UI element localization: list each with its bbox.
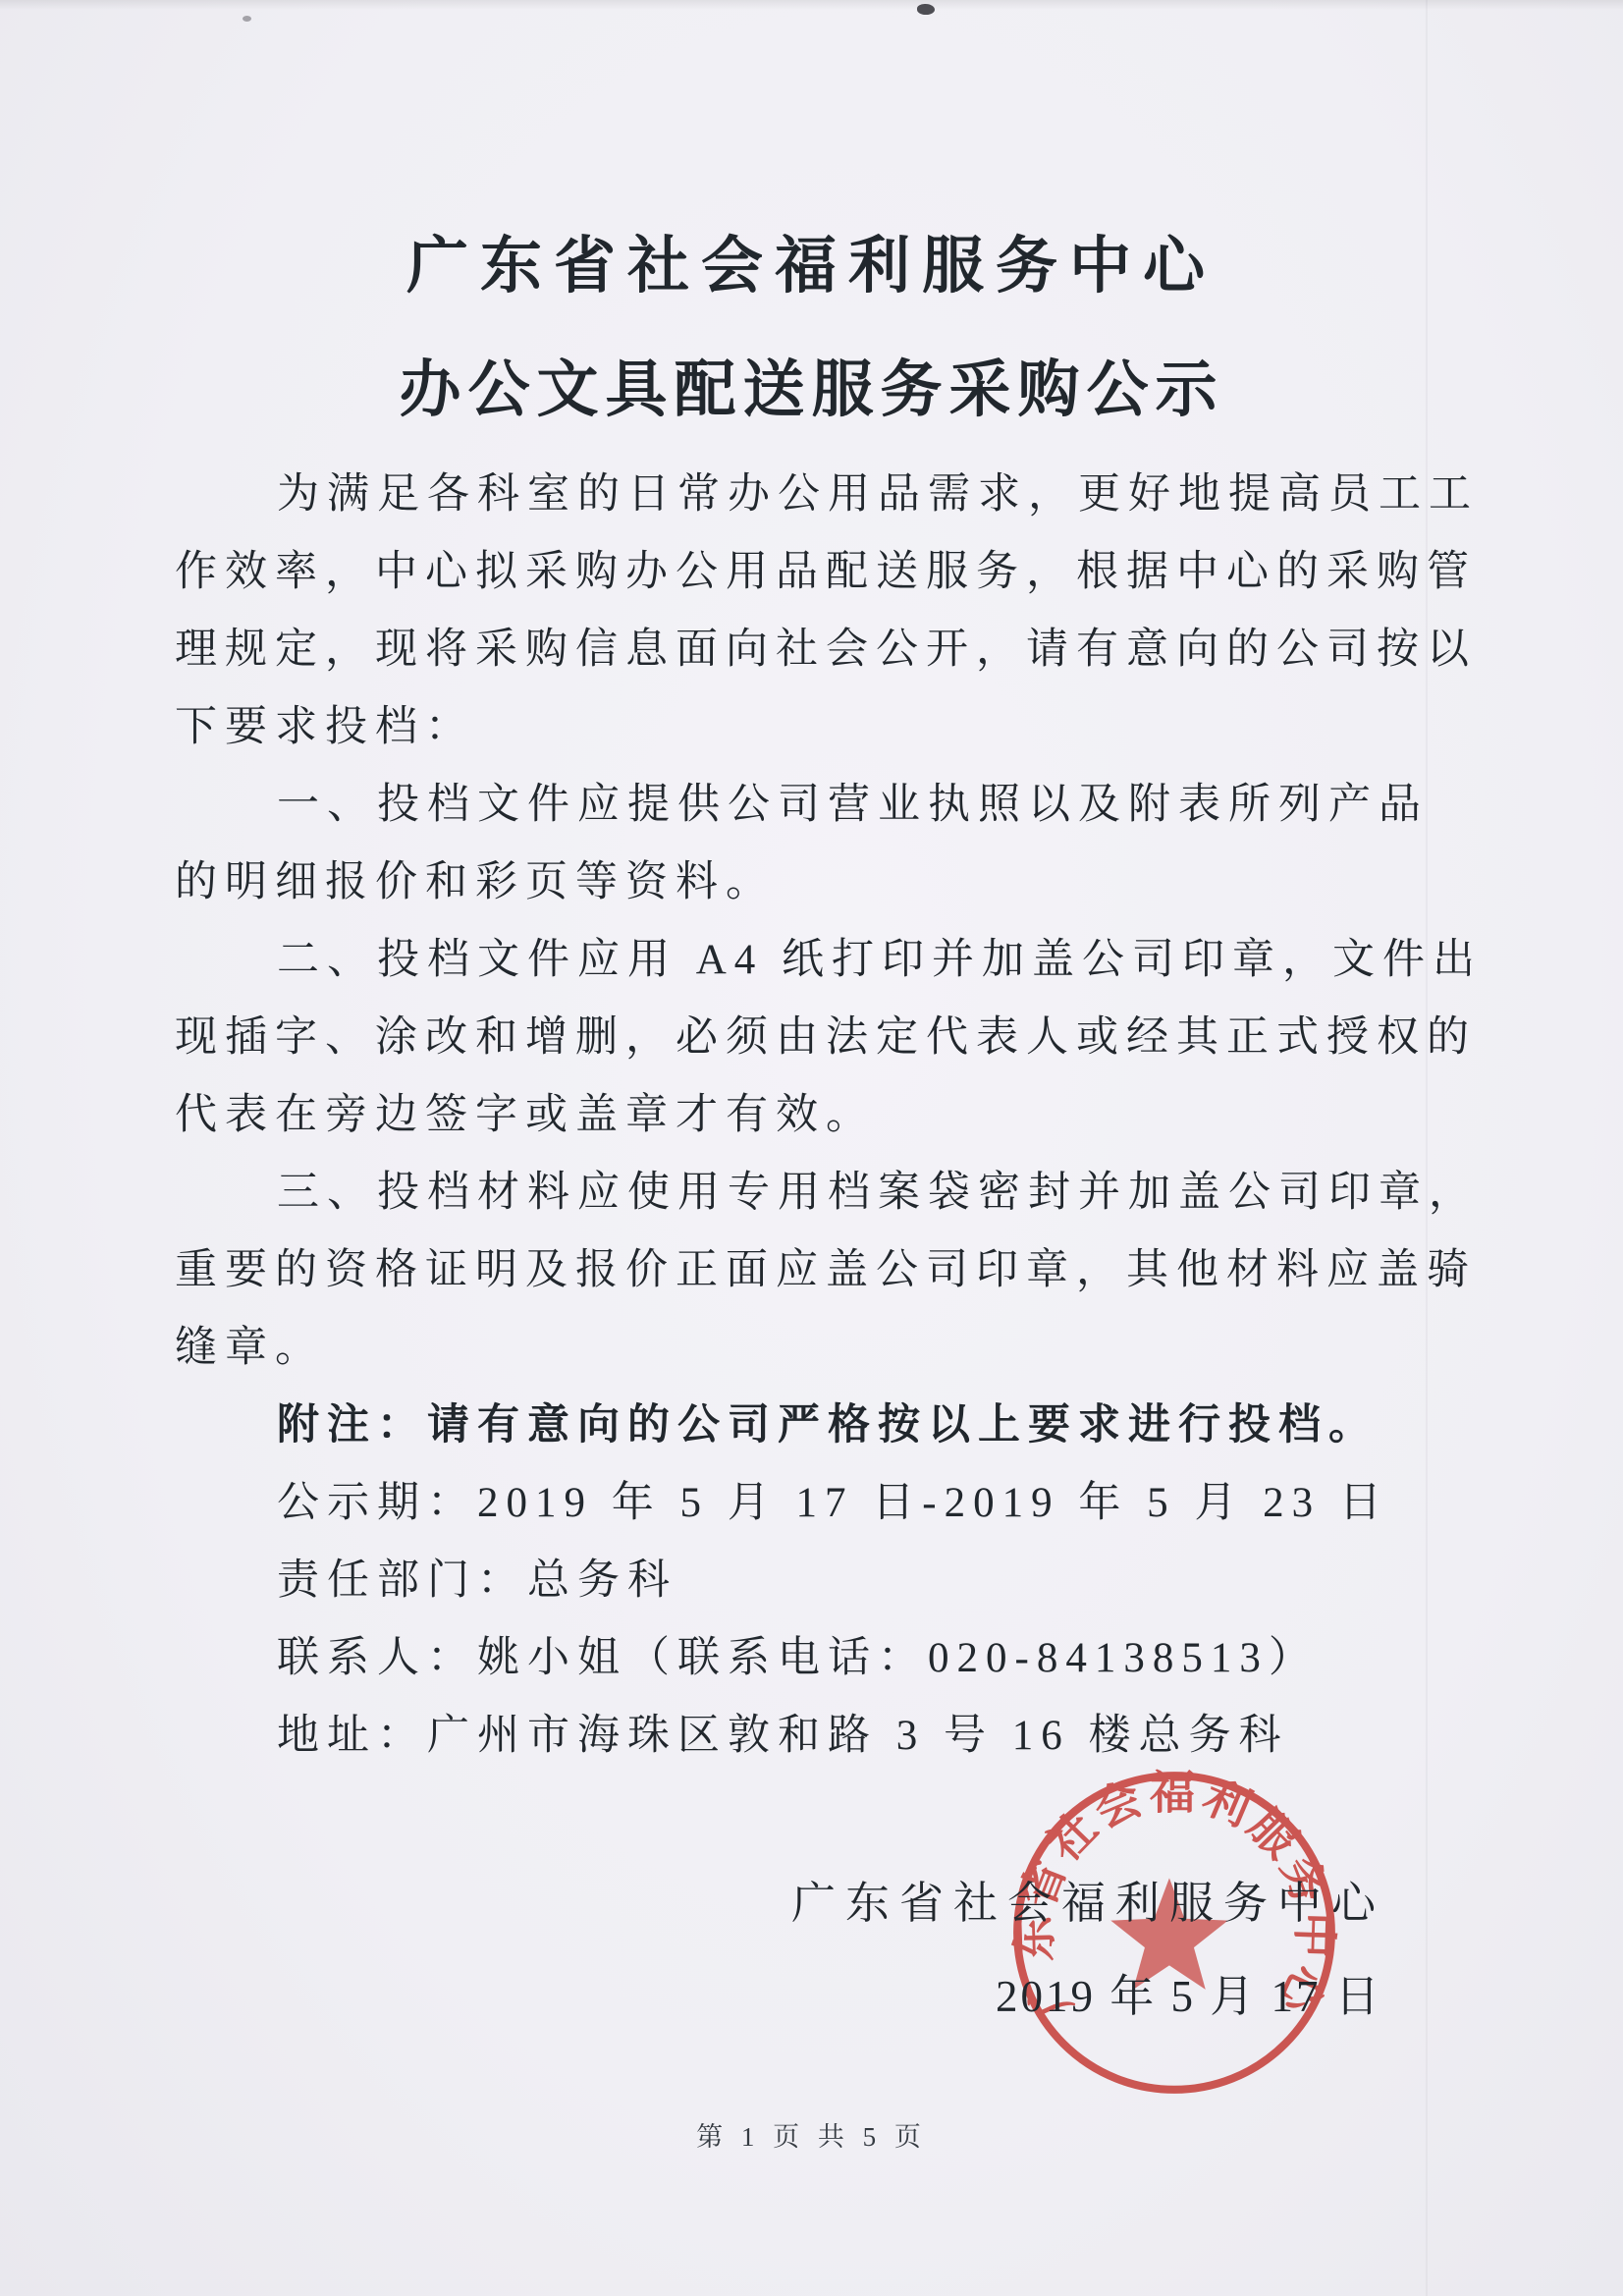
- official-seal: 广东省社会福利服务中心: [1005, 1766, 1343, 2104]
- body-line: 理规定，现将采购信息面向社会公开，请有意向的公司按以: [175, 611, 1466, 688]
- document-body: 为满足各科室的日常办公用品需求，更好地提高员工工 作效率，中心拟采购办公用品配送…: [175, 456, 1466, 1775]
- body-line: 重要的资格证明及报价正面应盖公司印章，其他材料应盖骑: [175, 1231, 1466, 1309]
- page-number-footer: 第 1 页 共 5 页: [0, 2115, 1623, 2154]
- signature-date: 2019 年 5 月 17 日: [996, 1960, 1382, 2024]
- scanned-document-page: 广东省社会福利服务中心 办公文具配送服务采购公示 为满足各科室的日常办公用品需求…: [0, 0, 1623, 2296]
- body-line: 为满足各科室的日常办公用品需求，更好地提高员工工: [175, 456, 1466, 533]
- document-title-line-2: 办公文具配送服务采购公示: [0, 340, 1623, 429]
- scan-speck: [917, 4, 935, 15]
- body-line: 一、投档文件应提供公司营业执照以及附表所列产品: [175, 766, 1466, 844]
- scan-edge-shadow: [0, 0, 1623, 10]
- body-line: 的明细报价和彩页等资料。: [175, 844, 1466, 921]
- scan-speck: [243, 16, 251, 22]
- body-line-note: 附注：请有意向的公司严格按以上要求进行投档。: [175, 1387, 1466, 1464]
- document-title-line-1: 广东省社会福利服务中心: [0, 216, 1623, 305]
- body-line: 下要求投档：: [175, 688, 1466, 766]
- body-line: 二、投档文件应用 A4 纸打印并加盖公司印章，文件出: [175, 921, 1466, 999]
- body-line-publicity-period: 公示期：2019 年 5 月 17 日-2019 年 5 月 23 日: [175, 1464, 1466, 1542]
- body-line: 现插字、涂改和增删，必须由法定代表人或经其正式授权的: [175, 999, 1466, 1076]
- body-line: 缝章。: [175, 1309, 1466, 1387]
- body-line-address: 地址：广州市海珠区敦和路 3 号 16 楼总务科: [175, 1697, 1466, 1775]
- body-line: 三、投档材料应使用专用档案袋密封并加盖公司印章，: [175, 1154, 1466, 1231]
- body-line: 作效率，中心拟采购办公用品配送服务，根据中心的采购管: [175, 533, 1466, 611]
- body-line-contact: 联系人：姚小姐（联系电话：020-84138513）: [175, 1619, 1466, 1697]
- body-line: 代表在旁边签字或盖章才有效。: [175, 1076, 1466, 1154]
- signature-organization: 广东省社会福利服务中心: [791, 1867, 1385, 1931]
- body-line-responsible-dept: 责任部门：总务科: [175, 1542, 1466, 1619]
